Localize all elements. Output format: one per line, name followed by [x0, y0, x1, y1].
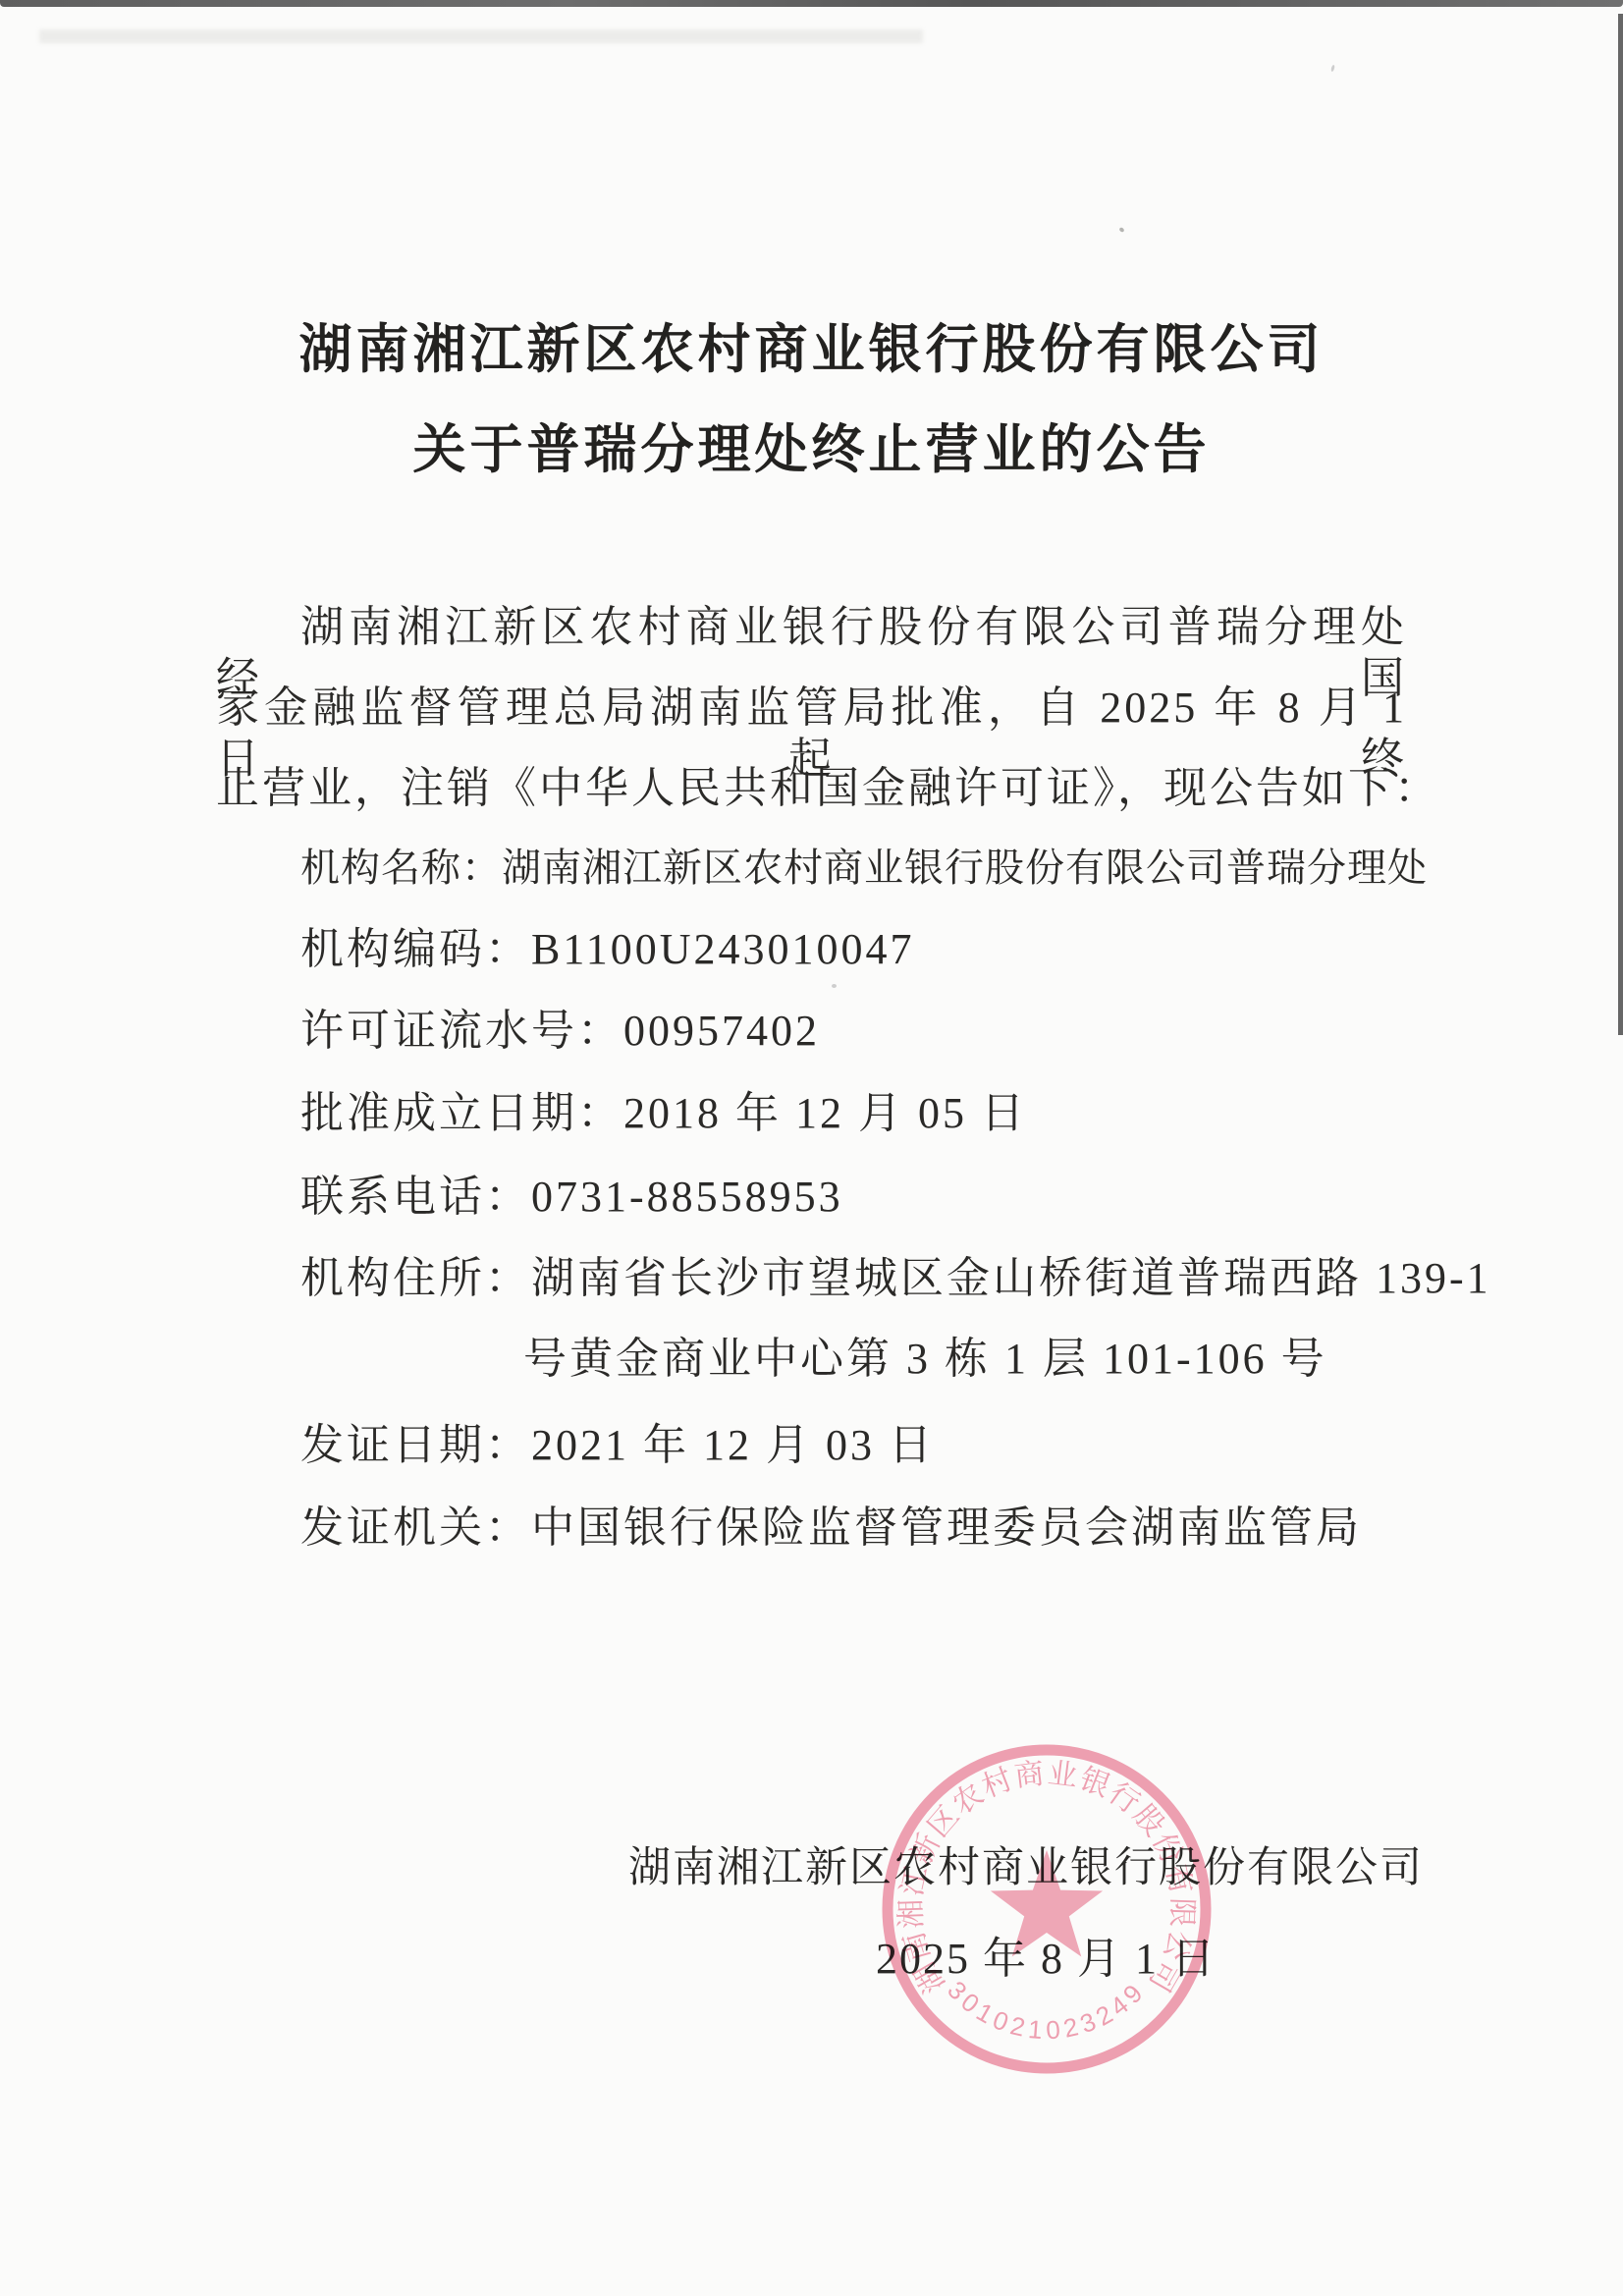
detail-address-line2: 号黄金商业中心第 3 栋 1 层 101-106 号	[523, 1334, 1327, 1385]
scan-smudge	[39, 29, 923, 43]
announcement-document: 湖南湘江新区农村商业银行股份有限公司 关于普瑞分理处终止营业的公告 湖南湘江新区…	[0, 0, 1623, 2296]
scan-speck	[832, 984, 837, 988]
detail-issue-date: 发证日期：2021 年 12 月 03 日	[300, 1420, 935, 1471]
detail-institution-code: 机构编码：B1100U243010047	[300, 924, 915, 975]
scan-speck	[1330, 65, 1335, 73]
detail-issuing-authority: 发证机关：中国银行保险监督管理委员会湖南监管局	[300, 1503, 1362, 1554]
detail-address-line1: 机构住所：湖南省长沙市望城区金山桥街道普瑞西路 139-1	[300, 1253, 1491, 1304]
detail-approval-date: 批准成立日期：2018 年 12 月 05 日	[300, 1088, 1027, 1139]
document-title-line2: 关于普瑞分理处终止营业的公告	[216, 420, 1407, 479]
company-seal-stamp: 湖南湘江新区农村商业银行股份有限公司 43010210232491	[870, 1732, 1223, 2086]
scan-edge-right	[1618, 14, 1623, 1035]
seal-star-icon	[991, 1850, 1103, 1957]
document-title-line1: 湖南湘江新区农村商业银行股份有限公司	[216, 320, 1407, 379]
detail-license-serial: 许可证流水号：00957402	[300, 1006, 820, 1057]
scan-speck	[1118, 227, 1124, 233]
detail-phone: 联系电话：0731-88558953	[300, 1172, 843, 1223]
detail-institution-name: 机构名称：湖南湘江新区农村商业银行股份有限公司普瑞分理处	[300, 843, 1428, 894]
scan-edge-top	[0, 0, 1623, 7]
paragraph-line: 止营业，注销《中华人民共和国金融许可证》，现公告如下：	[216, 763, 1440, 814]
